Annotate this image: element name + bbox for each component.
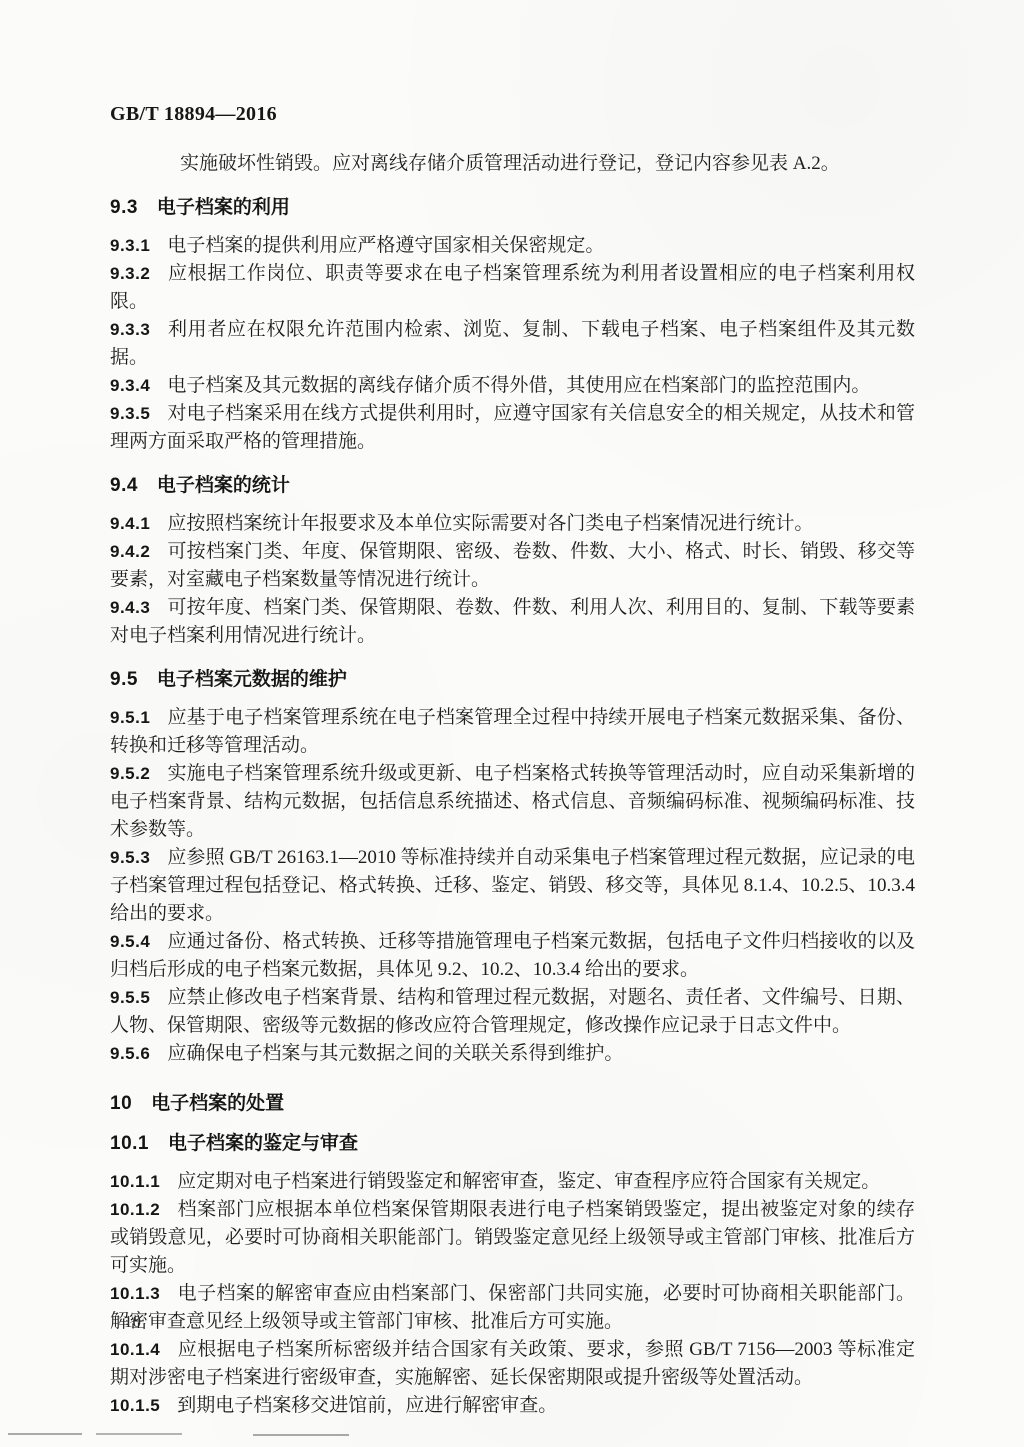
- clause-text: 应参照 GB/T 26163.1—2010 等标准持续并自动采集电子档案管理过程…: [110, 847, 915, 924]
- clause-9-5-5: 9.5.5应禁止修改电子档案背景、结构和管理过程元数据，对题名、责任者、文件编号…: [110, 984, 915, 1040]
- clause-9-3-3: 9.3.3利用者应在权限允许范围内检索、浏览、复制、下载电子档案、电子档案组件及…: [110, 316, 915, 372]
- document-page: GB/T 18894—2016 实施破坏性销毁。应对离线存储介质管理活动进行登记…: [0, 0, 1024, 1447]
- clause-number: 9.5.6: [110, 1044, 150, 1063]
- clause-text: 实施电子档案管理系统升级或更新、电子档案格式转换等管理活动时，应自动采集新增的电…: [110, 763, 915, 840]
- standard-number-header: GB/T 18894—2016: [110, 100, 915, 128]
- intro-paragraph: 实施破坏性销毁。应对离线存储介质管理活动进行登记，登记内容参见表 A.2。: [110, 150, 915, 178]
- clause-10-1-3: 10.1.3电子档案的解密审查应由档案部门、保密部门共同实施，必要时可协商相关职…: [110, 1280, 915, 1336]
- clause-9-5-6: 9.5.6应确保电子档案与其元数据之间的关联关系得到维护。: [110, 1040, 915, 1068]
- clause-number: 9.5.2: [110, 764, 150, 783]
- clause-text: 应通过备份、格式转换、迁移等措施管理电子档案元数据，包括电子文件归档接收的以及归…: [110, 931, 915, 980]
- clause-9-4-3: 9.4.3可按年度、档案门类、保管期限、卷数、件数、利用人次、利用目的、复制、下…: [110, 594, 915, 650]
- clause-number: 9.3.5: [110, 404, 150, 423]
- clause-10-1-2: 10.1.2档案部门应根据本单位档案保管期限表进行电子档案销毁鉴定，提出被鉴定对…: [110, 1196, 915, 1280]
- clause-number: 10.1.1: [110, 1172, 160, 1191]
- section-heading-9-3: 9.3电子档案的利用: [110, 194, 915, 222]
- section-number: 9.4: [110, 475, 138, 496]
- clause-9-5-3: 9.5.3应参照 GB/T 26163.1—2010 等标准持续并自动采集电子档…: [110, 844, 915, 928]
- clause-number: 10.1.5: [110, 1396, 160, 1415]
- clause-text: 可按年度、档案门类、保管期限、卷数、件数、利用人次、利用目的、复制、下载等要素对…: [110, 597, 915, 646]
- clause-number: 9.5.1: [110, 708, 150, 727]
- clause-number: 10.1.2: [110, 1200, 160, 1219]
- clause-text: 应根据电子档案所标密级并结合国家有关政策、要求，参照 GB/T 7156—200…: [110, 1339, 915, 1388]
- section-number: 9.3: [110, 197, 138, 218]
- clause-9-5-4: 9.5.4应通过备份、格式转换、迁移等措施管理电子档案元数据，包括电子文件归档接…: [110, 928, 915, 984]
- section-number: 10.1: [110, 1133, 149, 1154]
- section-heading-9-5: 9.5电子档案元数据的维护: [110, 666, 915, 694]
- page-number: 10: [124, 1312, 141, 1332]
- clause-text: 可按档案门类、年度、保管期限、密级、卷数、件数、大小、格式、时长、销毁、移交等要…: [110, 541, 915, 590]
- clause-9-4-2: 9.4.2可按档案门类、年度、保管期限、密级、卷数、件数、大小、格式、时长、销毁…: [110, 538, 915, 594]
- clause-9-4-1: 9.4.1应按照档案统计年报要求及本单位实际需要对各门类电子档案情况进行统计。: [110, 510, 915, 538]
- clause-number: 10.1.3: [110, 1284, 160, 1303]
- clause-text: 应定期对电子档案进行销毁鉴定和解密审查，鉴定、审查程序应符合国家有关规定。: [177, 1171, 880, 1192]
- section-heading-10-1: 10.1电子档案的鉴定与审查: [110, 1130, 915, 1158]
- clause-text: 应基于电子档案管理系统在电子档案管理全过程中持续开展电子档案元数据采集、备份、转…: [110, 707, 915, 756]
- section-heading-9-4: 9.4电子档案的统计: [110, 472, 915, 500]
- clause-9-5-2: 9.5.2实施电子档案管理系统升级或更新、电子档案格式转换等管理活动时，应自动采…: [110, 760, 915, 844]
- section-title: 电子档案元数据的维护: [157, 669, 347, 690]
- clause-text: 档案部门应根据本单位档案保管期限表进行电子档案销毁鉴定，提出被鉴定对象的续存或销…: [110, 1199, 915, 1276]
- scan-artifact-line: [96, 1433, 182, 1435]
- clause-10-1-1: 10.1.1应定期对电子档案进行销毁鉴定和解密审查，鉴定、审查程序应符合国家有关…: [110, 1168, 915, 1196]
- clause-text: 应按照档案统计年报要求及本单位实际需要对各门类电子档案情况进行统计。: [167, 513, 813, 534]
- clause-number: 9.5.5: [110, 988, 150, 1007]
- section-number: 10: [110, 1093, 132, 1114]
- scan-artifact-line: [8, 1433, 82, 1435]
- clause-9-3-5: 9.3.5对电子档案采用在线方式提供利用时，应遵守国家有关信息安全的相关规定，从…: [110, 400, 915, 456]
- clause-number: 9.4.1: [110, 514, 150, 533]
- clause-text: 利用者应在权限允许范围内检索、浏览、复制、下载电子档案、电子档案组件及其元数据。: [110, 319, 915, 368]
- clause-text: 应根据工作岗位、职责等要求在电子档案管理系统为利用者设置相应的电子档案利用权限。: [110, 263, 915, 312]
- clause-number: 9.5.3: [110, 848, 150, 867]
- clause-number: 9.4.2: [110, 542, 150, 561]
- clause-text: 到期电子档案移交进馆前，应进行解密审查。: [177, 1395, 557, 1416]
- page-content: GB/T 18894—2016 实施破坏性销毁。应对离线存储介质管理活动进行登记…: [110, 100, 915, 1420]
- clause-text: 应禁止修改电子档案背景、结构和管理过程元数据，对题名、责任者、文件编号、日期、人…: [110, 987, 915, 1036]
- clause-9-3-2: 9.3.2应根据工作岗位、职责等要求在电子档案管理系统为利用者设置相应的电子档案…: [110, 260, 915, 316]
- section-title: 电子档案的处置: [151, 1093, 284, 1114]
- section-title: 电子档案的统计: [157, 475, 290, 496]
- clause-number: 9.3.1: [110, 236, 150, 255]
- clause-text: 对电子档案采用在线方式提供利用时，应遵守国家有关信息安全的相关规定，从技术和管理…: [110, 403, 915, 452]
- clause-text: 应确保电子档案与其元数据之间的关联关系得到维护。: [167, 1043, 623, 1064]
- section-number: 9.5: [110, 669, 138, 690]
- section-title: 电子档案的利用: [157, 197, 290, 218]
- clause-10-1-5: 10.1.5到期电子档案移交进馆前，应进行解密审查。: [110, 1392, 915, 1420]
- chapter-heading-10: 10电子档案的处置: [110, 1090, 915, 1118]
- clause-number: 9.5.4: [110, 932, 150, 951]
- clause-text: 电子档案及其元数据的离线存储介质不得外借，其使用应在档案部门的监控范围内。: [167, 375, 870, 396]
- section-title: 电子档案的鉴定与审查: [168, 1133, 358, 1154]
- clause-number: 9.3.2: [110, 264, 150, 283]
- clause-text: 电子档案的提供利用应严格遵守国家相关保密规定。: [167, 235, 604, 256]
- clause-10-1-4: 10.1.4应根据电子档案所标密级并结合国家有关政策、要求，参照 GB/T 71…: [110, 1336, 915, 1392]
- clause-number: 9.3.3: [110, 320, 150, 339]
- clause-9-3-1: 9.3.1电子档案的提供利用应严格遵守国家相关保密规定。: [110, 232, 915, 260]
- clause-number: 10.1.4: [110, 1340, 160, 1359]
- clause-text: 电子档案的解密审查应由档案部门、保密部门共同实施，必要时可协商相关职能部门。解密…: [110, 1283, 915, 1332]
- clause-9-5-1: 9.5.1应基于电子档案管理系统在电子档案管理全过程中持续开展电子档案元数据采集…: [110, 704, 915, 760]
- clause-number: 9.3.4: [110, 376, 150, 395]
- scan-artifact-line: [253, 1434, 349, 1436]
- clause-number: 9.4.3: [110, 598, 150, 617]
- clause-9-3-4: 9.3.4电子档案及其元数据的离线存储介质不得外借，其使用应在档案部门的监控范围…: [110, 372, 915, 400]
